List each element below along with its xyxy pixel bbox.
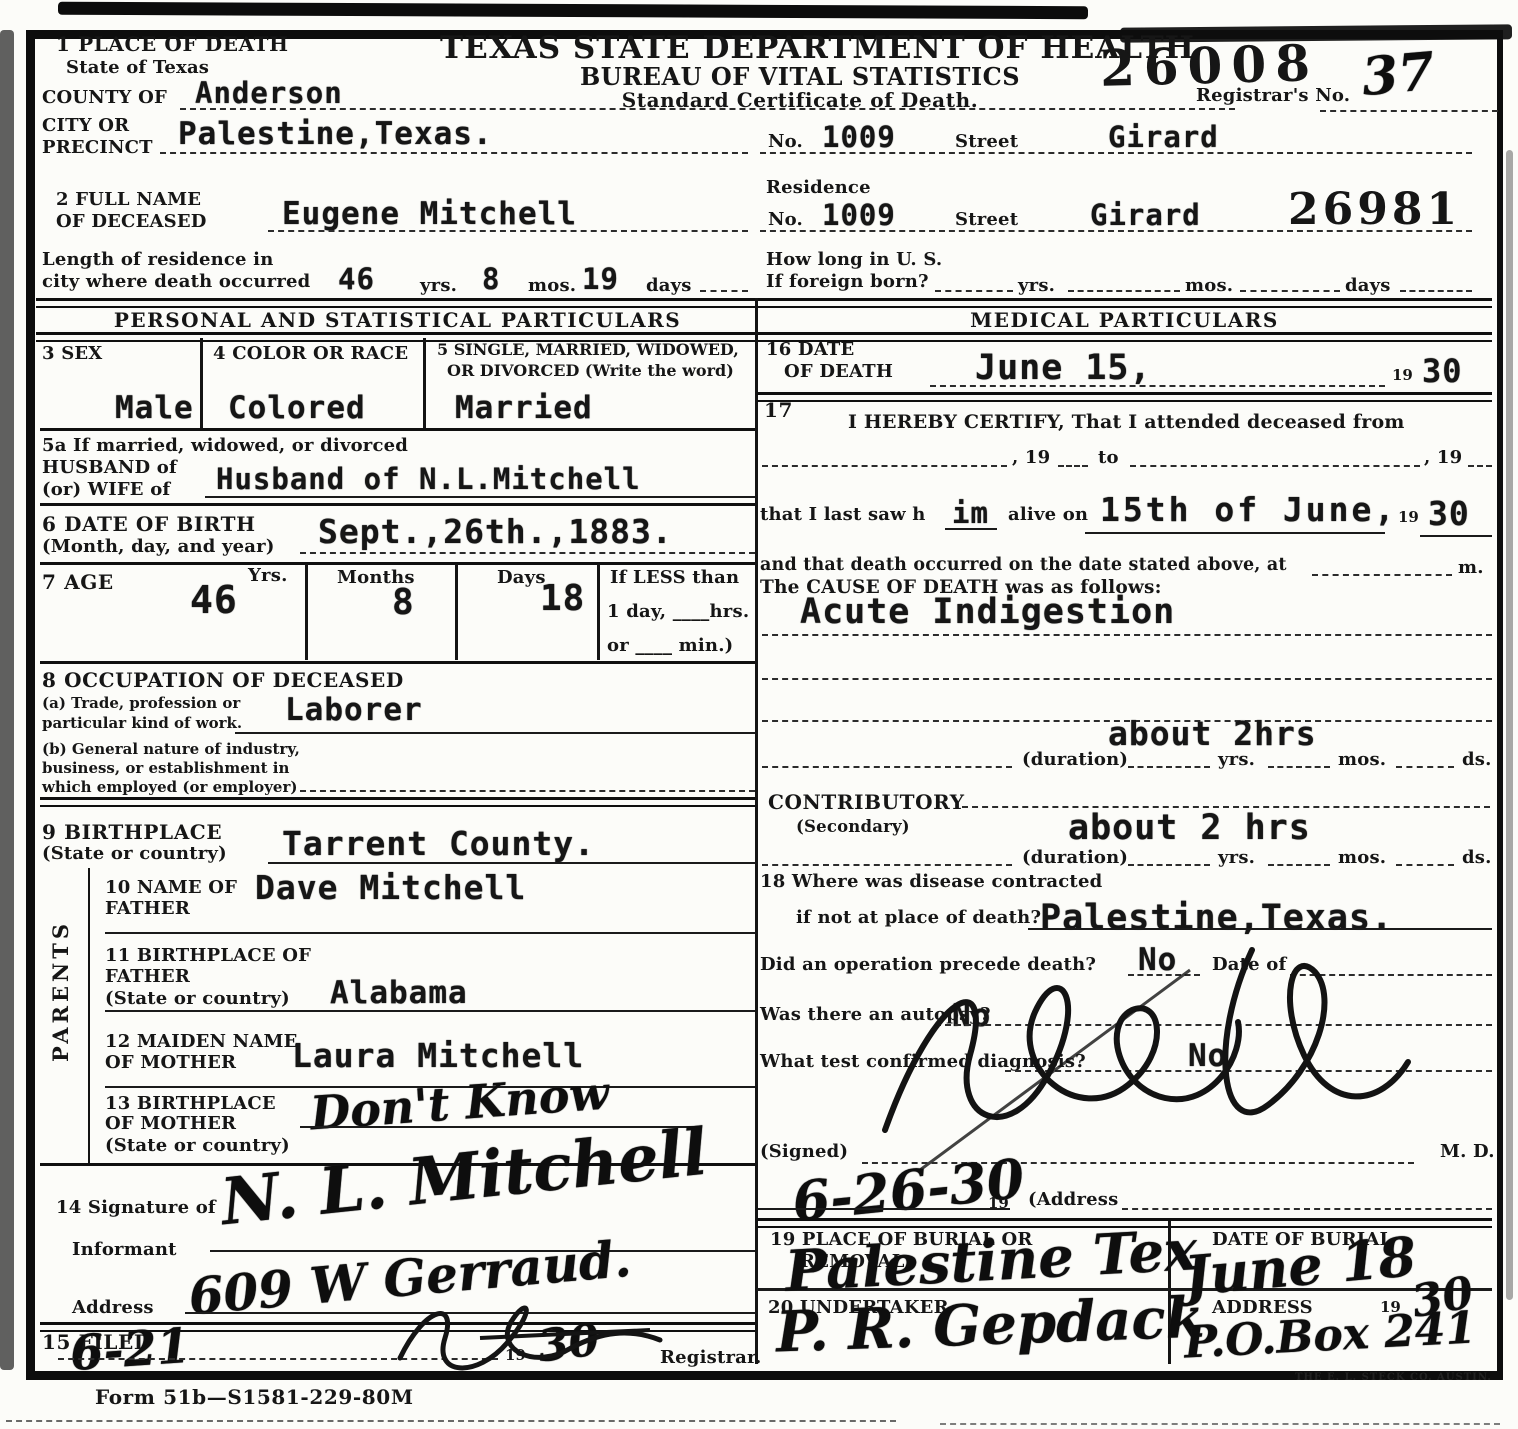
dept-title: TEXAS STATE DEPARTMENT OF HEALTH xyxy=(440,30,1140,66)
father-bp-line xyxy=(105,1010,755,1012)
age-row-rule xyxy=(40,661,755,664)
age-months-divider xyxy=(305,564,308,660)
dob-value: Sept.,26th.,1883. xyxy=(318,512,673,551)
death-certificate-scan: 1 PLACE OF DEATH State of Texas TEXAS ST… xyxy=(0,0,1518,1429)
parents-left-rule xyxy=(88,868,90,1164)
scan-smudge-bottom2 xyxy=(940,1423,1500,1425)
last-saw-year: 30 xyxy=(1428,494,1470,533)
contrib-ds-label: ds. xyxy=(1462,848,1492,867)
days-value: 18 xyxy=(540,578,585,619)
spouse-value: Husband of N.L.Mitchell xyxy=(216,462,641,496)
birthplace-label: 9 BIRTHPLACE xyxy=(42,820,222,844)
father-bp-value: Alabama xyxy=(330,975,468,1011)
race-value: Colored xyxy=(228,390,366,426)
last-saw-him-line xyxy=(945,528,997,530)
contrib-blank-1 xyxy=(1128,864,1210,866)
race-label: 4 COLOR OR RACE xyxy=(213,344,408,363)
less-label-1: If LESS than xyxy=(610,568,739,587)
informant-label-1: 14 Signature of xyxy=(56,1198,216,1217)
last-saw-label-2: alive on xyxy=(1008,505,1088,524)
father-bp-sublabel: (State or country) xyxy=(105,989,290,1008)
dod-value: June 15, xyxy=(975,348,1152,388)
duration-value: about 2hrs xyxy=(1108,714,1317,753)
mother-name-label-1: 12 MAIDEN NAME xyxy=(105,1032,298,1051)
signed-label: (Signed) xyxy=(760,1142,848,1161)
md-address-label: (Address xyxy=(1028,1190,1118,1209)
dob-row-rule xyxy=(40,562,755,565)
res-length-line xyxy=(700,290,748,292)
occ-a-label-2: particular kind of work. xyxy=(42,716,242,732)
registrar-no-line xyxy=(1320,110,1498,112)
mother-name-value: Laura Mitchell xyxy=(292,1036,584,1075)
occ-b-label-2: business, or establishment in xyxy=(42,761,289,777)
county-value: Anderson xyxy=(195,76,343,110)
res-street-line xyxy=(760,230,1472,232)
dob-line xyxy=(300,552,755,554)
res-no-value: 1009 xyxy=(822,198,896,232)
res-length-label-1: Length of residence in xyxy=(42,250,274,269)
res-mos-label: mos. xyxy=(528,276,576,295)
duration-label: (duration) xyxy=(1022,750,1128,769)
birthplace-line xyxy=(268,862,755,864)
certify-blank-4 xyxy=(1468,465,1492,467)
mother-bp-label-1: 13 BIRTHPLACE xyxy=(105,1094,276,1113)
father-bp-label-2: FATHER xyxy=(105,967,190,986)
certify-blank-1 xyxy=(762,465,1007,467)
res-length-mos: 8 xyxy=(482,262,500,296)
form-number: Form 51b—S1581-229-80M xyxy=(95,1385,414,1409)
res-length-days: 19 xyxy=(582,262,619,296)
us-mos-label: mos. xyxy=(1185,276,1233,295)
us-line-2 xyxy=(1068,290,1180,292)
spouse-label-3: (or) WIFE of xyxy=(42,480,170,499)
scan-smudge-bottom1 xyxy=(6,1420,896,1422)
contrib-duration-label: (duration) xyxy=(1022,848,1128,867)
sex-row-rule xyxy=(40,428,755,431)
last-saw-year-line xyxy=(1420,535,1492,537)
m-abbr-label: m. xyxy=(1458,558,1484,577)
item17-label: 17 xyxy=(764,398,793,422)
contrib-blank-3 xyxy=(1396,864,1454,866)
sex-value: Male xyxy=(115,390,194,426)
less-label-3: or ____ min.) xyxy=(607,636,733,655)
fullname-label-2: OF DECEASED xyxy=(56,212,207,231)
occ-row-rule xyxy=(40,797,755,807)
item18-label: 18 Where was disease contracted xyxy=(760,872,1102,891)
certify-19b: , 19 xyxy=(1424,448,1462,467)
contrib-blank-0 xyxy=(762,864,1012,866)
fullname-line xyxy=(268,230,748,232)
registrar-no-value: 37 xyxy=(1359,41,1436,108)
md-label: M. D. xyxy=(1440,1142,1495,1161)
informant-label-2: Informant xyxy=(72,1240,177,1259)
scan-smudge-top xyxy=(58,2,1088,19)
mother-name-label-2: OF MOTHER xyxy=(105,1053,236,1072)
less-label-2: 1 day, ____hrs. xyxy=(607,602,749,621)
duration-mos-label: mos. xyxy=(1338,750,1386,769)
county-line xyxy=(180,108,1235,110)
us-yrs-label: yrs. xyxy=(1018,276,1055,295)
dod-row-rule xyxy=(757,392,1492,402)
city-label-1: CITY OR xyxy=(42,116,129,135)
death-occurred-text: and that death occurred on the date stat… xyxy=(760,556,1287,575)
center-divider xyxy=(755,298,758,1364)
sex-race-divider xyxy=(200,338,203,428)
age-value: 46 xyxy=(190,578,238,622)
occ-a-line xyxy=(235,732,755,734)
occurred-blank xyxy=(1312,574,1452,576)
fullname-label-1: 2 FULL NAME xyxy=(56,190,201,209)
city-value: Palestine,Texas. xyxy=(178,116,493,152)
residence-label: Residence xyxy=(766,178,871,197)
county-label: COUNTY OF xyxy=(42,88,167,107)
occ-b-label-1: (b) General nature of industry, xyxy=(42,742,300,758)
death-street-line xyxy=(760,152,1472,154)
spouse-line xyxy=(205,496,755,498)
certificate-number: 26981 xyxy=(1288,184,1461,235)
band-top-rule xyxy=(36,298,1492,308)
death-street-value: Girard xyxy=(1108,120,1219,154)
occ-a-value: Laborer xyxy=(285,692,423,728)
bureau-subtitle: BUREAU OF VITAL STATISTICS xyxy=(580,62,1020,91)
certify-blank-2 xyxy=(1058,465,1088,467)
last-saw-date: 15th of June, xyxy=(1100,490,1397,529)
cause-line-2 xyxy=(762,678,1492,680)
father-name-value: Dave Mitchell xyxy=(255,868,526,907)
dod-label-2: OF DEATH xyxy=(784,362,893,381)
secondary-label: (Secondary) xyxy=(796,818,910,836)
contrib-blank-2 xyxy=(1268,864,1330,866)
band-bottom-rule xyxy=(36,332,1492,342)
last-saw-him: im xyxy=(952,496,989,530)
band-right-title: MEDICAL PARTICULARS xyxy=(757,308,1492,332)
days-less-divider xyxy=(597,564,600,660)
duration-blank-2 xyxy=(1268,766,1330,768)
city-line xyxy=(160,152,748,154)
duration-blank-0 xyxy=(762,766,1012,768)
father-name-label-2: FATHER xyxy=(105,899,190,918)
age-yrs-label: Yrs. xyxy=(248,566,288,585)
registrar-signature xyxy=(385,1288,675,1388)
res-length-label-2: city where death occurred xyxy=(42,272,310,291)
cause-value: Acute Indigestion xyxy=(800,592,1175,632)
band-left-title: PERSONAL AND STATISTICAL PARTICULARS xyxy=(40,308,755,332)
fullname-value: Eugene Mitchell xyxy=(282,196,577,232)
physician-date-line xyxy=(758,1208,1010,1210)
duration-blank-3 xyxy=(1396,766,1454,768)
dod-line xyxy=(930,385,1385,387)
filed-date-value: 6-21 xyxy=(68,1318,192,1382)
contrib-mos-label: mos. xyxy=(1338,848,1386,867)
marital-label-2: OR DIVORCED (Write the word) xyxy=(447,363,734,380)
us-line-4 xyxy=(1400,290,1472,292)
father-bp-label-1: 11 BIRTHPLACE OF xyxy=(105,946,311,965)
months-value: 8 xyxy=(392,582,415,623)
parents-vertical-label: PARENTS xyxy=(48,920,73,1062)
spouse-label-2: HUSBAND of xyxy=(42,458,177,477)
sex-label: 3 SEX xyxy=(42,344,102,363)
dob-label: 6 DATE OF BIRTH xyxy=(42,512,256,536)
us-line-3 xyxy=(1240,290,1340,292)
marital-value: Married xyxy=(455,390,593,426)
last-saw-year-preprint: 19 xyxy=(1398,510,1419,526)
us-days-label: days xyxy=(1345,276,1391,295)
us-line-1 xyxy=(935,290,1013,292)
last-saw-line xyxy=(1085,532,1385,534)
duration-ds-label: ds. xyxy=(1462,750,1492,769)
months-days-divider xyxy=(455,564,458,660)
mother-bp-sublabel: (State or country) xyxy=(105,1136,290,1155)
contributory-label: CONTRIBUTORY xyxy=(768,790,965,814)
cause-line-1 xyxy=(762,634,1492,636)
item1-label: 1 PLACE OF DEATH xyxy=(56,32,289,56)
res-yrs-label: yrs. xyxy=(420,276,457,295)
father-name-line xyxy=(105,932,755,934)
race-marital-divider xyxy=(423,338,426,428)
informant-address-label: Address xyxy=(72,1298,154,1317)
us-label-1: How long in U. S. xyxy=(766,250,942,269)
death-street-label: Street xyxy=(955,132,1018,151)
age-label: 7 AGE xyxy=(42,570,114,594)
occ-a-label-1: (a) Trade, profession or xyxy=(42,696,240,712)
registrar-label: Registrar. xyxy=(660,1348,762,1367)
md-address-line xyxy=(1122,1208,1492,1210)
res-no-label: No. xyxy=(768,210,803,229)
last-saw-label-1: that I last saw h xyxy=(760,505,926,524)
state-label: State of Texas xyxy=(66,58,209,77)
res-street-value: Girard xyxy=(1090,198,1201,232)
occ-b-line xyxy=(300,790,755,792)
death-no-label: No. xyxy=(768,132,803,151)
duration-blank-1 xyxy=(1128,766,1210,768)
marital-label-1: 5 SINGLE, MARRIED, WIDOWED, xyxy=(437,342,739,359)
dod-year-value: 30 xyxy=(1422,352,1463,390)
us-label-2: If foreign born? xyxy=(766,272,929,291)
res-street-label: Street xyxy=(955,210,1018,229)
res-days-label: days xyxy=(646,276,692,295)
birthplace-value: Tarrent County. xyxy=(282,824,595,863)
certify-text: I HEREBY CERTIFY, That I attended deceas… xyxy=(848,412,1405,433)
scan-smudge-right-edge xyxy=(1506,150,1513,1300)
res-length-yrs: 46 xyxy=(338,262,375,296)
duration-yrs-label: yrs. xyxy=(1218,750,1255,769)
printer-mark: THE E. L. STECK CO. AUSTIN. xyxy=(1295,1372,1492,1383)
father-name-label-1: 10 NAME OF xyxy=(105,878,237,897)
certify-19a: , 19 xyxy=(1012,448,1050,467)
not-at-label: if not at place of death? xyxy=(796,908,1041,927)
scan-smudge-left-edge xyxy=(0,30,14,1370)
certify-blank-3 xyxy=(1130,465,1420,467)
certify-to: to xyxy=(1098,448,1119,467)
contrib-duration-value: about 2 hrs xyxy=(1068,808,1311,848)
mother-bp-label-2: OF MOTHER xyxy=(105,1114,236,1133)
dob-sublabel: (Month, day, and year) xyxy=(42,537,275,556)
city-label-2: PRECINCT xyxy=(42,138,153,157)
death-no-value: 1009 xyxy=(822,120,896,154)
registrar-no-label: Registrar's No. xyxy=(1196,86,1350,105)
physician-signature xyxy=(860,930,1440,1180)
contrib-yrs-label: yrs. xyxy=(1218,848,1255,867)
dod-label-1: 16 DATE xyxy=(766,340,854,359)
occupation-label: 8 OCCUPATION OF DECEASED xyxy=(42,668,404,692)
spouse-label-1: 5a If married, widowed, or divorced xyxy=(42,436,408,455)
spouse-row-rule xyxy=(40,503,755,506)
occ-b-label-3: which employed (or employer) xyxy=(42,780,297,796)
birthplace-sublabel: (State or country) xyxy=(42,844,227,863)
days-label: Days xyxy=(497,568,546,587)
dod-year-preprint: 19 xyxy=(1392,368,1413,384)
